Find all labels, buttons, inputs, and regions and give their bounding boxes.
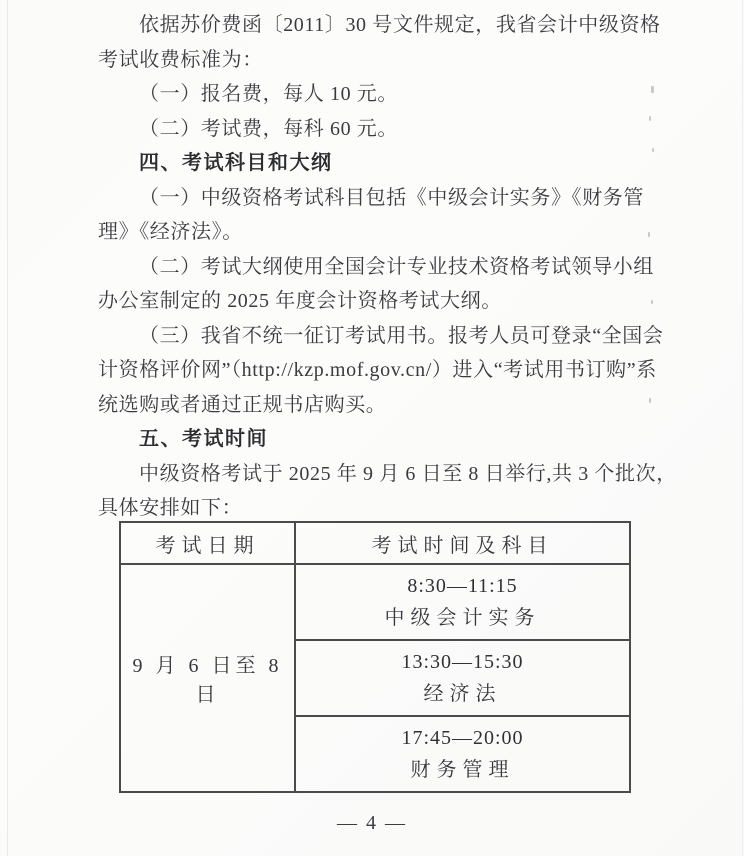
paragraph-line: （二）考试费，每科 60 元。 — [98, 112, 650, 147]
scanned-document-page: 依据苏价费函〔2011〕30 号文件规定，我省会计中级资格 考试收费标准为： （… — [0, 0, 744, 856]
column-header-exam-date: 考试日期 — [120, 522, 295, 564]
page-number: — 4 — — [0, 812, 744, 835]
session-time: 13:30—15:30 — [297, 646, 628, 678]
session-subject: 经济法 — [297, 678, 628, 710]
session-time: 8:30—11:15 — [297, 570, 628, 602]
scan-speck — [652, 148, 654, 152]
table-row: 9 月 6 日至 8 日 8:30—11:15 中级会计实务 — [120, 564, 630, 640]
column-header-exam-session: 考试时间及科目 — [295, 522, 630, 564]
session-cell-2: 13:30—15:30 经济法 — [295, 640, 630, 716]
paragraph-line: 计资格评价网”（http://kzp.mof.gov.cn/）进入“考试用书订购… — [98, 353, 650, 388]
session-cell-3: 17:45—20:00 财务管理 — [295, 716, 630, 792]
session-subject: 财务管理 — [297, 754, 628, 786]
scan-speck — [651, 86, 654, 93]
paragraph-line: 考试收费标准为： — [98, 43, 650, 78]
paragraph-line: 统选购或者通过正规书店购买。 — [98, 388, 650, 423]
paragraph-line: 办公室制定的 2025 年度会计资格考试大纲。 — [98, 284, 650, 319]
exam-date-cell: 9 月 6 日至 8 日 — [120, 564, 295, 792]
paragraph-line: （一）报名费，每人 10 元。 — [98, 77, 650, 112]
section-heading-exam-time: 五、考试时间 — [98, 422, 650, 457]
paragraph-line: 中级资格考试于 2025 年 9 月 6 日至 8 日举行,共 3 个批次， — [98, 457, 650, 492]
paragraph-line: （一）中级资格考试科目包括《中级会计实务》《财务管 — [98, 181, 650, 216]
document-body: 依据苏价费函〔2011〕30 号文件规定，我省会计中级资格 考试收费标准为： （… — [98, 8, 650, 526]
section-heading-exam-subjects: 四、考试科目和大纲 — [98, 146, 650, 181]
paragraph-line: 理》《经济法》。 — [98, 215, 650, 250]
scan-edge-line-left — [7, 0, 8, 856]
session-time: 17:45—20:00 — [297, 722, 628, 754]
paragraph-line: 依据苏价费函〔2011〕30 号文件规定，我省会计中级资格 — [98, 8, 650, 43]
paragraph-line: （二）考试大纲使用全国会计专业技术资格考试领导小组 — [98, 250, 650, 285]
session-subject: 中级会计实务 — [297, 602, 628, 634]
exam-schedule-table: 考试日期 考试时间及科目 9 月 6 日至 8 日 8:30—11:15 中级会… — [119, 521, 631, 793]
scan-speck — [651, 300, 653, 304]
scan-edge-line-right — [742, 0, 743, 856]
paragraph-line: （三）我省不统一征订考试用书。报考人员可登录“全国会 — [98, 319, 650, 354]
session-cell-1: 8:30—11:15 中级会计实务 — [295, 564, 630, 640]
table-header-row: 考试日期 考试时间及科目 — [120, 522, 630, 564]
